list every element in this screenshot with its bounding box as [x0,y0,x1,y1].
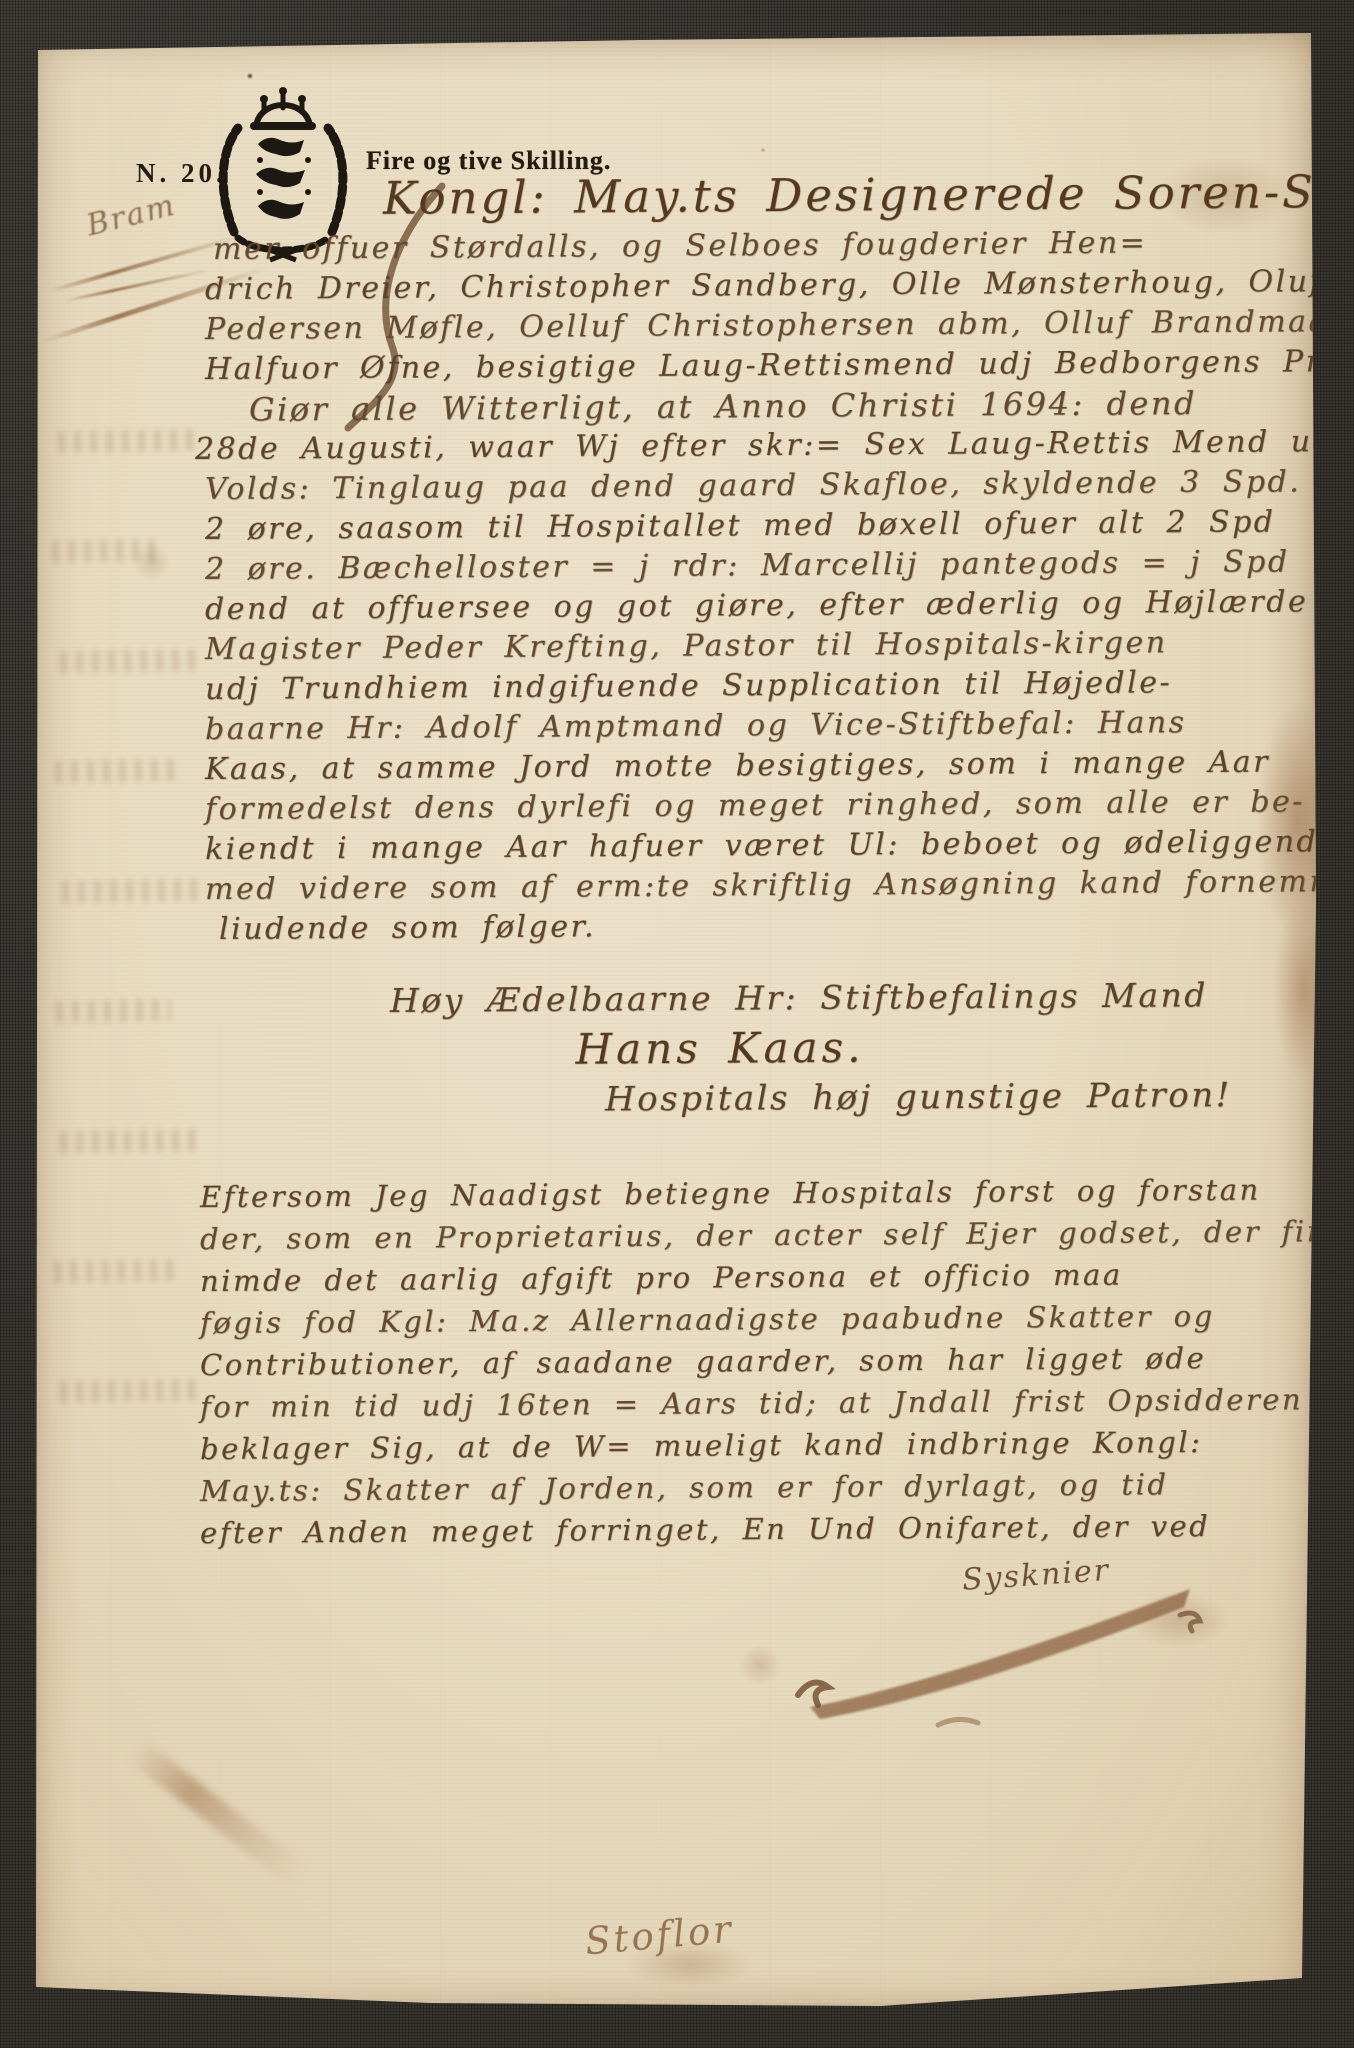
bleedthrough-marks [52,539,162,563]
ink-flourish [788,1575,1208,1740]
manuscript-line: Høy Ædelbaarne Hr: Stiftbefalings Mand [390,971,1050,1026]
bleedthrough-marks [60,1129,195,1153]
manuscript-line: efter Anden meget forringet, En Und Onif… [200,1504,1325,1554]
bleedthrough-marks [62,879,197,903]
address-block: Høy Ædelbaarne Hr: Stiftbefalings MandHa… [390,976,1050,1126]
bleedthrough-marks [55,759,175,783]
manuscript-line: Hospitals høj gunstige Patron! [390,1071,1050,1126]
bleedthrough-marks [60,649,195,673]
bleedthrough-marks [60,1379,195,1403]
petition-text-block: Eftersom Jeg Naadigst betiegne Hospitals… [200,1176,1325,1554]
scanned-manuscript-page: N. 20. [0,0,1354,2048]
manuscript-line: Hans Kaas. [390,1021,1050,1076]
bleedthrough-marks [56,999,171,1023]
bleedthrough-marks [58,429,193,453]
opening-text-block: Kongl: May.ts Designerede Soren-Som=mer … [205,170,1320,950]
bleedthrough-marks [54,1259,179,1283]
manuscript-line: Kongl: May.ts Designerede Soren-Som= [205,162,1320,230]
manuscript-paper: N. 20. [0,0,1354,2048]
manuscript-line: liudende som følger. [205,902,1320,950]
